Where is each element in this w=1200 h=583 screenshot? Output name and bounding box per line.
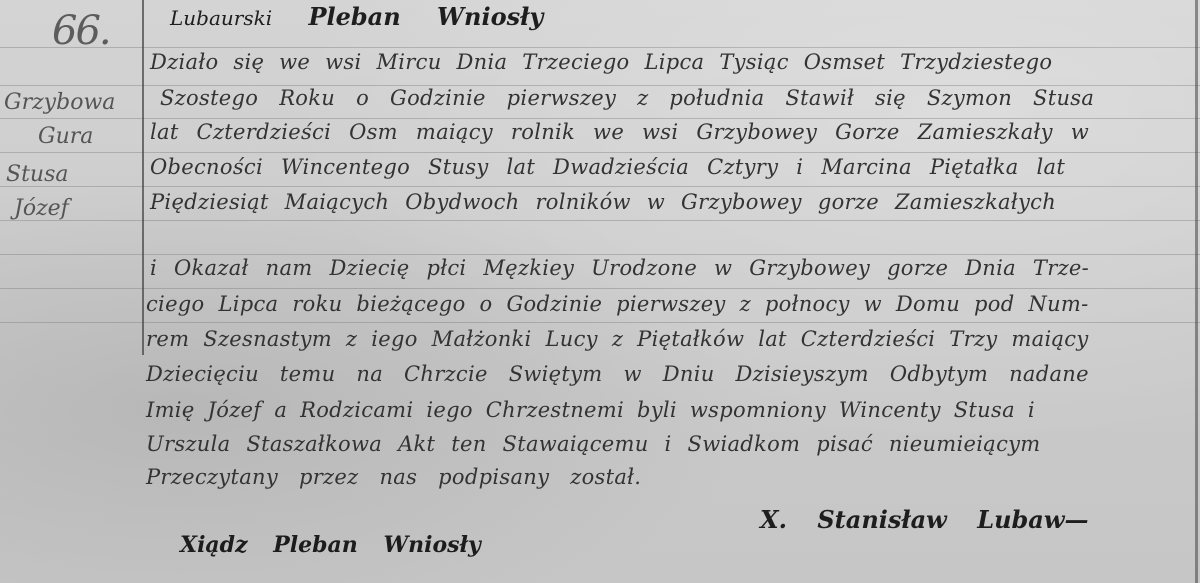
margin-surname: Stusa (6, 162, 69, 187)
witness-sig-first: Stanisław (817, 505, 947, 534)
record-line-10: Imię Józef a Rodzicami iego Chrzestnemi … (146, 398, 1035, 422)
record-line-3: lat Czterdzieści Osm maiący rolnik we ws… (150, 120, 1089, 144)
record-line-9: Dziecięciu temu na Chrzcie Swiętym w Dni… (146, 362, 1089, 386)
margin-divider (142, 0, 144, 355)
priest-signature: Xiądz Pleban Wniosły (180, 532, 481, 558)
witness-signature: X. Stanisław Lubaw— (760, 505, 1089, 534)
priest-sig-word: Wniosły (383, 532, 480, 558)
record-line-4: Obecności Wincentego Stusy lat Dwadzieśc… (150, 155, 1065, 179)
ruled-line (0, 152, 1200, 153)
header-signature: Lubaurski Pleban Wniosły (170, 2, 543, 31)
record-line-2: Szostego Roku o Godzinie pierwszey z poł… (160, 86, 1094, 110)
ruled-line (0, 47, 1200, 48)
record-line-7: ciego Lipca roku bieżącego o Godzinie pi… (146, 292, 1089, 316)
margin-given-name: Józef (14, 196, 69, 221)
record-line-12: Przeczytany przez nas podpisany został. (146, 465, 641, 489)
record-line-6: i Okazał nam Dziecię płci Męzkiey Urodzo… (150, 256, 1089, 280)
ruled-line (0, 254, 1200, 255)
record-line-5: Piędziesiąt Maiących Obydwoch rolników w… (150, 190, 1056, 214)
ruled-line (0, 186, 1200, 187)
header-sig-word: Wniosły (437, 2, 543, 31)
priest-sig-word: Pleban (273, 532, 358, 558)
header-sig-word: Lubaurski (170, 6, 272, 30)
witness-sig-mark: X. (760, 505, 787, 534)
record-line-1: Działo się we wsi Mircu Dnia Trzeciego L… (150, 50, 1052, 74)
record-line-11: Urszula Staszałkowa Akt ten Stawaiącemu … (146, 432, 1041, 456)
page-edge (1195, 0, 1198, 583)
priest-sig-word: Xiądz (180, 532, 248, 558)
ruled-line (0, 288, 1200, 289)
document-page: 66. Grzybowa Gura Stusa Józef Lubaurski … (0, 0, 1200, 583)
act-number: 66. (52, 8, 110, 54)
ruled-line (0, 322, 1200, 323)
witness-sig-last: Lubaw— (977, 505, 1088, 534)
ruled-line (0, 118, 1200, 119)
margin-village-1: Grzybowa (4, 90, 115, 115)
record-line-8: rem Szesnastym z iego Małżonki Lucy z Pi… (146, 327, 1089, 351)
header-sig-word: Pleban (308, 2, 400, 31)
margin-village-2: Gura (38, 124, 93, 149)
ruled-line (0, 220, 1200, 221)
